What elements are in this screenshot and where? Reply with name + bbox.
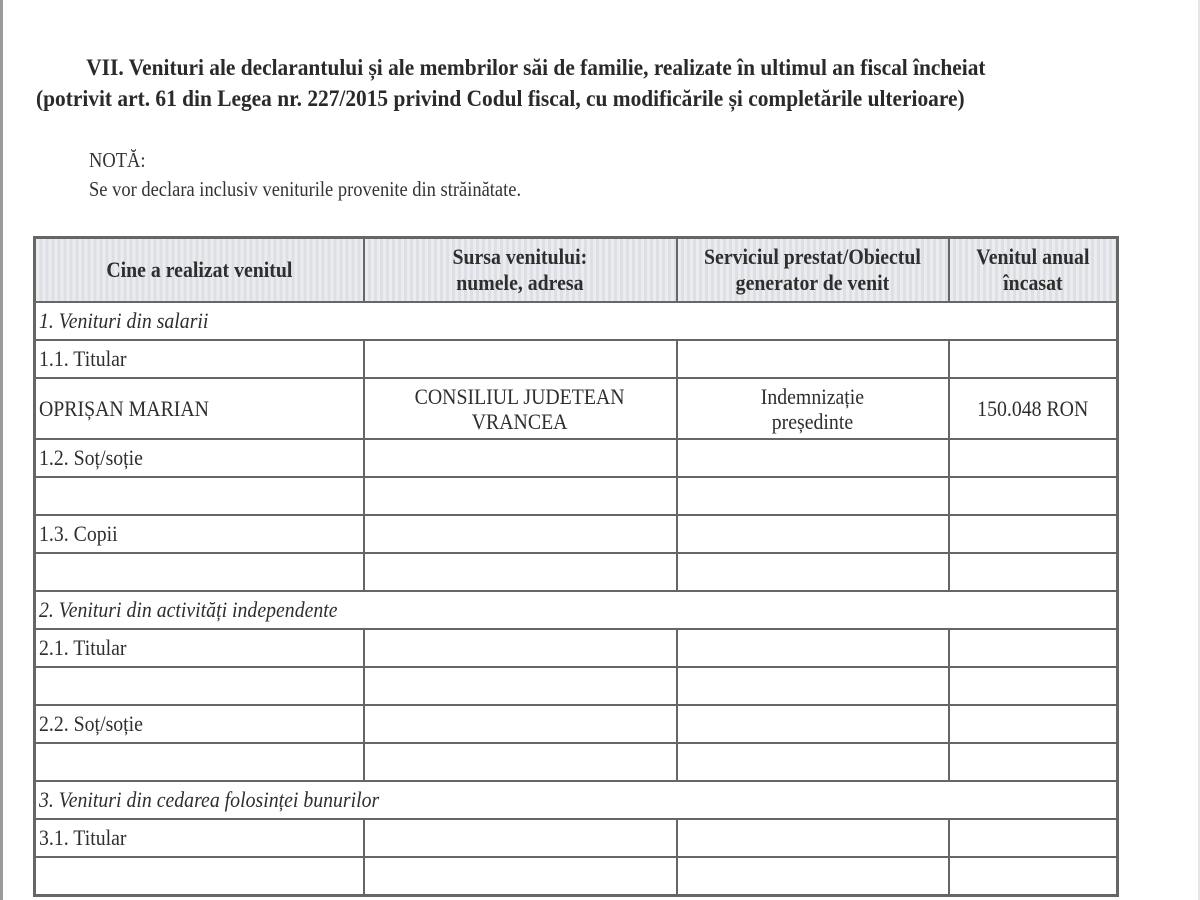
income-table: Cine a realizat venitul Sursa venitului:…: [33, 236, 1119, 897]
table-row: [35, 553, 1118, 591]
cell-service: [677, 629, 949, 667]
cell-who: [35, 553, 364, 591]
section-property-use: 3. Venituri din cedarea folosinței bunur…: [35, 781, 1118, 819]
heading-line-2: (potrivit art. 61 din Legea nr. 227/2015…: [36, 83, 1059, 114]
cell-who: [35, 743, 364, 781]
cell-amount: [949, 515, 1118, 553]
header-source: Sursa venitului:numele, adresa: [364, 238, 677, 303]
section-salaries: 1. Venituri din salarii: [35, 302, 1118, 340]
cell-who: 1.1. Titular: [35, 340, 364, 378]
cell-service: [677, 857, 949, 896]
table-row: OPRIȘAN MARIAN CONSILIUL JUDETEANVRANCEA…: [35, 378, 1118, 439]
cell-who: 2.2. Soț/soție: [35, 705, 364, 743]
table-row: [35, 743, 1118, 781]
section-heading: VII. Venituri ale declarantului și ale m…: [36, 52, 1059, 114]
cell-service: [677, 439, 949, 477]
section-row: 2. Venituri din activități independente: [35, 591, 1118, 629]
cell-source: [364, 553, 677, 591]
cell-source: [364, 667, 677, 705]
cell-who: [35, 477, 364, 515]
cell-source: [364, 515, 677, 553]
table-row: 3.1. Titular: [35, 819, 1118, 857]
cell-who: 1.2. Soț/soție: [35, 439, 364, 477]
header-who: Cine a realizat venitul: [35, 238, 364, 303]
cell-amount: 150.048 RON: [949, 378, 1118, 439]
cell-service: [677, 553, 949, 591]
cell-service: [677, 705, 949, 743]
table-row: 1.1. Titular: [35, 340, 1118, 378]
cell-who: 2.1. Titular: [35, 629, 364, 667]
cell-service: [677, 743, 949, 781]
cell-service: [677, 667, 949, 705]
cell-service: [677, 515, 949, 553]
table-row: 1.3. Copii: [35, 515, 1118, 553]
table-row: 2.1. Titular: [35, 629, 1118, 667]
cell-service: Indemnizațiepreședinte: [677, 378, 949, 439]
section-row: 3. Venituri din cedarea folosinței bunur…: [35, 781, 1118, 819]
section-row: 1. Venituri din salarii: [35, 302, 1118, 340]
cell-source: [364, 439, 677, 477]
header-service: Serviciul prestat/Obiectulgenerator de v…: [677, 238, 949, 303]
table-row: [35, 857, 1118, 896]
cell-who: [35, 857, 364, 896]
cell-source: [364, 743, 677, 781]
heading-line-1: VII. Venituri ale declarantului și ale m…: [36, 52, 1059, 83]
note-text: Se vor declara inclusiv veniturile prove…: [89, 175, 521, 204]
cell-source: [364, 857, 677, 896]
note-block: NOTĂ: Se vor declara inclusiv veniturile…: [89, 146, 521, 204]
cell-source: [364, 629, 677, 667]
cell-who: 3.1. Titular: [35, 819, 364, 857]
table-row: [35, 667, 1118, 705]
cell-service: [677, 477, 949, 515]
table-row: 2.2. Soț/soție: [35, 705, 1118, 743]
cell-amount: [949, 439, 1118, 477]
cell-source: [364, 819, 677, 857]
header-amount: Venitul anualîncasat: [949, 238, 1118, 303]
cell-amount: [949, 743, 1118, 781]
cell-amount: [949, 667, 1118, 705]
cell-who: [35, 667, 364, 705]
table-row: 1.2. Soț/soție: [35, 439, 1118, 477]
section-independent: 2. Venituri din activități independente: [35, 591, 1118, 629]
cell-amount: [949, 857, 1118, 896]
cell-amount: [949, 705, 1118, 743]
cell-who: OPRIȘAN MARIAN: [35, 378, 364, 439]
cell-source: [364, 705, 677, 743]
cell-service: [677, 819, 949, 857]
note-label: NOTĂ:: [89, 146, 521, 175]
cell-source: CONSILIUL JUDETEANVRANCEA: [364, 378, 677, 439]
cell-amount: [949, 477, 1118, 515]
cell-source: [364, 477, 677, 515]
page-left-edge: [0, 0, 3, 900]
cell-amount: [949, 340, 1118, 378]
cell-amount: [949, 553, 1118, 591]
table-row: [35, 477, 1118, 515]
cell-amount: [949, 629, 1118, 667]
table-header-row: Cine a realizat venitul Sursa venitului:…: [35, 238, 1118, 303]
cell-source: [364, 340, 677, 378]
cell-amount: [949, 819, 1118, 857]
cell-who: 1.3. Copii: [35, 515, 364, 553]
cell-service: [677, 340, 949, 378]
